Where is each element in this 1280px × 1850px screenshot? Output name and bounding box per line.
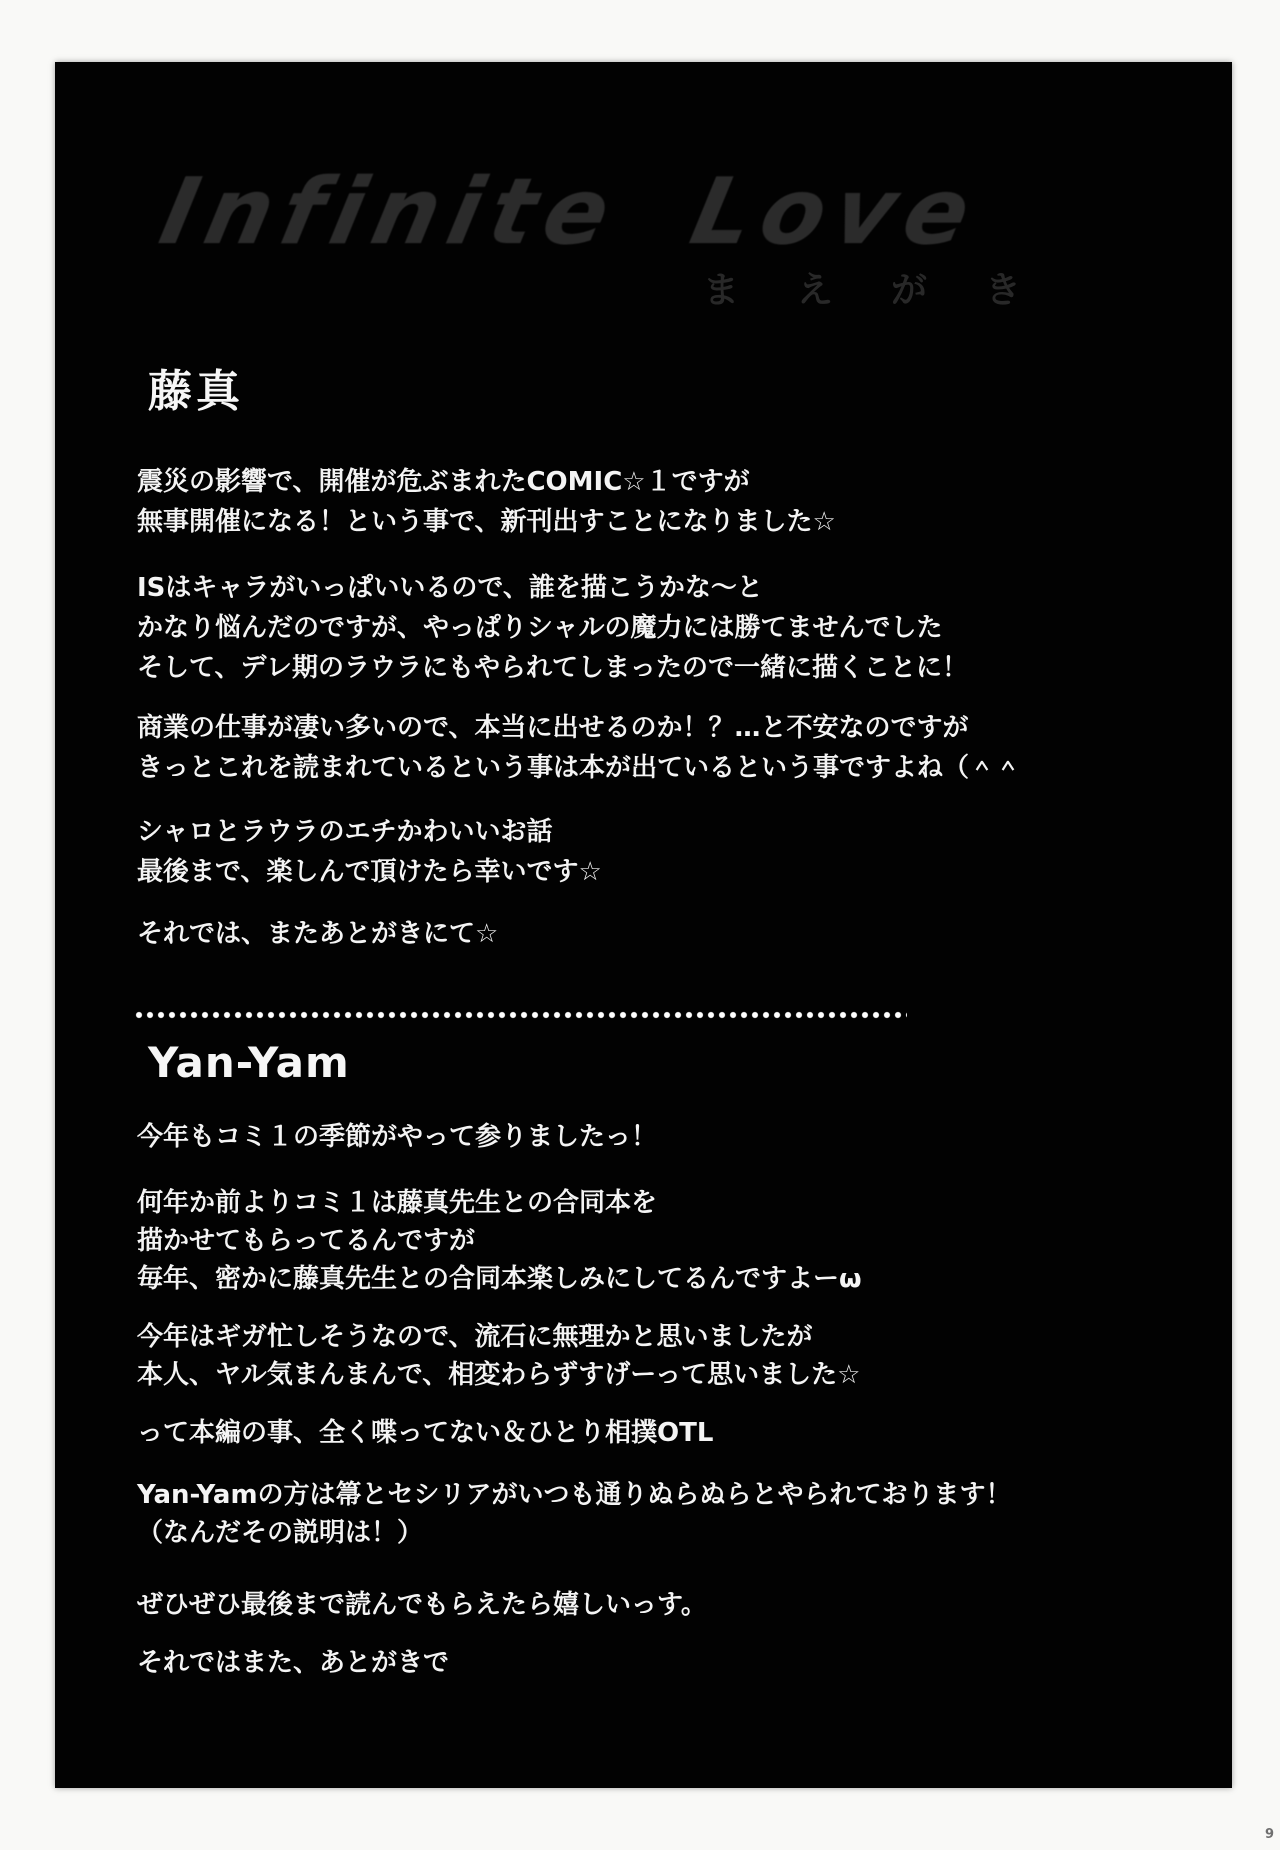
text-line: ぜひぜひ最後まで読んでもらえたら嬉しいっす。 — [137, 1586, 1237, 1624]
fujima-paragraph-3: 商業の仕事が凄い多いので、本当に出せるのか！？…と不安なのですが きっとこれを読… — [137, 708, 1237, 788]
text-line: 商業の仕事が凄い多いので、本当に出せるのか！？…と不安なのですが — [137, 708, 1237, 748]
page-number: 9 — [1265, 1827, 1274, 1842]
yanyam-paragraph-1: 今年もコミ１の季節がやって参りましたっ！ — [137, 1118, 1237, 1156]
dotted-divider — [135, 1010, 907, 1020]
yanyam-paragraph-3: 今年はギガ忙しそうなので、流石に無理かと思いましたが 本人、ヤル気まんまんで、相… — [137, 1318, 1237, 1394]
text-line: ISはキャラがいっぱいいるので、誰を描こうかな～と — [137, 568, 1237, 608]
text-line: 無事開催になる！という事で、新刊出すことになりました☆ — [137, 502, 1237, 542]
book-subtitle: まえがき — [703, 262, 1079, 313]
text-line: それではまた、あとがきで — [137, 1644, 1237, 1682]
text-line: そして、デレ期のラウラにもやられてしまったので一緒に描くことに！ — [137, 648, 1237, 688]
text-line: 今年もコミ１の季節がやって参りましたっ！ — [137, 1118, 1237, 1156]
text-line: シャロとラウラのエチかわいいお話 — [137, 812, 1237, 852]
text-line: 震災の影響で、開催が危ぶまれたCOMIC☆１ですが — [137, 462, 1237, 502]
fujima-paragraph-4: シャロとラウラのエチかわいいお話 最後まで、楽しんで頂けたら幸いです☆ — [137, 812, 1237, 892]
author-name-fujima: 藤真 — [148, 355, 244, 419]
yanyam-paragraph-5: Yan-Yamの方は箒とセシリアがいつも通りぬらぬらとやられております！ （なん… — [137, 1476, 1237, 1552]
text-line: 毎年、密かに藤真先生との合同本楽しみにしてるんですよーω — [137, 1260, 1237, 1298]
book-title: Infinite Love — [152, 158, 990, 265]
text-line: （なんだその説明は！） — [137, 1514, 1237, 1552]
text-line: Yan-Yamの方は箒とセシリアがいつも通りぬらぬらとやられております！ — [137, 1476, 1237, 1514]
text-line: 本人、ヤル気まんまんで、相変わらずすげーって思いました☆ — [137, 1356, 1237, 1394]
text-line: 描かせてもらってるんですが — [137, 1222, 1237, 1260]
text-line: それでは、またあとがきにて☆ — [137, 914, 1237, 954]
yanyam-paragraph-7: それではまた、あとがきで — [137, 1644, 1237, 1682]
fujima-paragraph-1: 震災の影響で、開催が危ぶまれたCOMIC☆１ですが 無事開催になる！という事で、… — [137, 462, 1237, 542]
text-line: 今年はギガ忙しそうなので、流石に無理かと思いましたが — [137, 1318, 1237, 1356]
scanned-page: Infinite Love まえがき 藤真 震災の影響で、開催が危ぶまれたCOM… — [0, 0, 1280, 1850]
yanyam-paragraph-6: ぜひぜひ最後まで読んでもらえたら嬉しいっす。 — [137, 1586, 1237, 1624]
text-line: きっとこれを読まれているという事は本が出ているという事ですよね（＾＾ — [137, 748, 1237, 788]
text-line: かなり悩んだのですが、やっぱりシャルの魔力には勝てませんでした — [137, 608, 1237, 648]
text-line: 何年か前よりコミ１は藤真先生との合同本を — [137, 1184, 1237, 1222]
fujima-paragraph-2: ISはキャラがいっぱいいるので、誰を描こうかな～と かなり悩んだのですが、やっぱ… — [137, 568, 1237, 688]
yanyam-paragraph-4: って本編の事、全く喋ってない＆ひとり相撲OTL — [137, 1414, 1237, 1452]
text-line: 最後まで、楽しんで頂けたら幸いです☆ — [137, 852, 1237, 892]
author-name-yanyam: Yan-Yam — [148, 1038, 350, 1087]
fujima-paragraph-5: それでは、またあとがきにて☆ — [137, 914, 1237, 954]
content-area: Infinite Love まえがき 藤真 震災の影響で、開催が危ぶまれたCOM… — [55, 62, 1232, 1788]
yanyam-paragraph-2: 何年か前よりコミ１は藤真先生との合同本を 描かせてもらってるんですが 毎年、密か… — [137, 1184, 1237, 1298]
text-line: って本編の事、全く喋ってない＆ひとり相撲OTL — [137, 1414, 1237, 1452]
